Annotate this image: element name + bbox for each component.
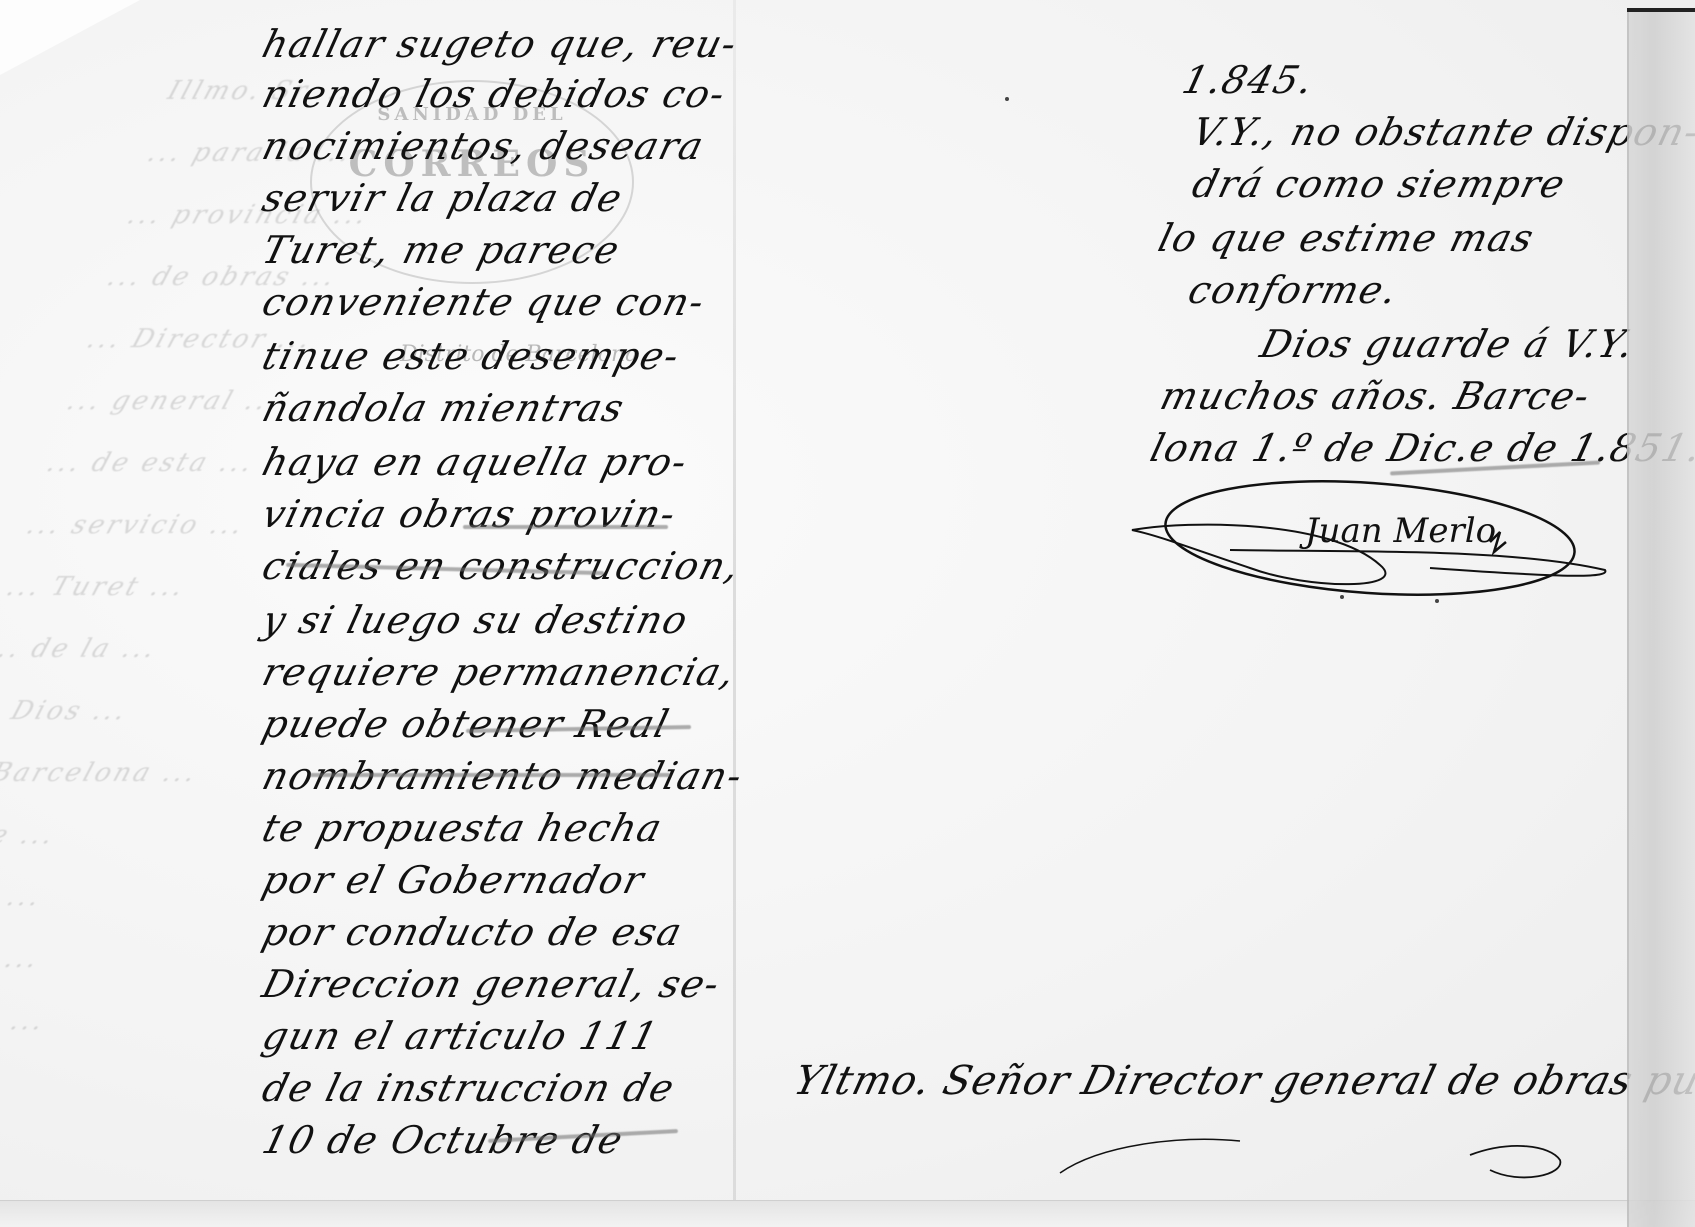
ink-speck	[1340, 595, 1344, 599]
text-line: Direccion general, se-	[258, 962, 725, 1006]
text-line: haya en aquella pro-	[258, 440, 693, 484]
year-line: 1.845.	[1178, 58, 1319, 102]
text-line: lo que estime mas	[1154, 216, 1539, 260]
text-line: Turet, me parece	[258, 228, 625, 272]
page-top-edge-mark	[1627, 8, 1695, 12]
text-line: 10 de Octubre de	[258, 1118, 628, 1162]
addressee-flourish	[1040, 1115, 1580, 1195]
ink-speck	[1005, 97, 1009, 101]
text-line: gun el articulo 111	[258, 1014, 663, 1058]
page-bottom-edge	[0, 1200, 1695, 1227]
pencil-underline	[463, 525, 668, 529]
right-page: 1.845. V.Y., no obstante dispon- drá com…	[736, 0, 1626, 1200]
closing-line: Dios guarde á V.Y.	[1256, 322, 1639, 366]
text-line: puede obtener Real	[258, 702, 674, 746]
text-line: niendo los debidos co-	[258, 72, 731, 116]
scanned-page: Illmo. Sr. ... ... para la ... ... provi…	[0, 0, 1695, 1227]
ink-speck	[1435, 599, 1439, 603]
text-line: ñandola mientras	[258, 386, 629, 430]
text-line: V.Y., no obstante dispon-	[1188, 110, 1695, 154]
text-line: servir la plaza de	[258, 176, 628, 220]
text-line: por conducto de esa	[258, 910, 687, 954]
signature-flourish: Juan Merlo	[1130, 470, 1630, 600]
text-line: tinue este desempe-	[258, 334, 685, 378]
text-line: de la instruccion de	[258, 1066, 680, 1110]
addressee-line: Yltmo. Señor Director general de obras p…	[789, 1058, 1695, 1104]
text-line: muchos años. Barce-	[1156, 374, 1595, 418]
page-right-edge-strip	[1627, 10, 1695, 1227]
text-line: hallar sugeto que, reu-	[258, 22, 742, 66]
left-page: hallar sugeto que, reu- niendo los debid…	[0, 0, 733, 1200]
text-line: conforme.	[1184, 268, 1403, 312]
text-line: te propuesta hecha	[258, 806, 667, 850]
text-line: por el Gobernador	[258, 858, 649, 902]
text-line: requiere permanencia,	[258, 650, 741, 694]
signature-name: Juan Merlo	[1299, 511, 1496, 551]
text-line: vincia obras provin-	[258, 492, 681, 536]
text-line: conveniente que con-	[258, 280, 710, 324]
text-line: nocimientos, deseara	[258, 124, 709, 168]
date-line: lona 1.º de Dic.e de 1.851.	[1146, 426, 1695, 470]
text-line: drá como siempre	[1188, 162, 1571, 206]
text-line: y si luego su destino	[258, 598, 693, 642]
pencil-underline	[310, 773, 670, 777]
